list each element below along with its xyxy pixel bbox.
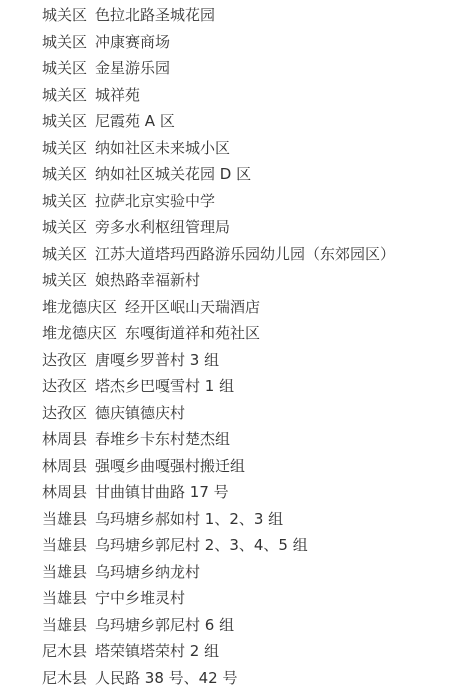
list-item: 城关区冲康赛商场 bbox=[42, 29, 395, 56]
district-name: 当雄县 bbox=[42, 506, 87, 533]
list-item: 林周县春堆乡卡东村楚杰组 bbox=[42, 426, 395, 453]
district-name: 达孜区 bbox=[42, 400, 87, 427]
district-name: 城关区 bbox=[42, 82, 87, 109]
list-item: 当雄县乌玛塘乡郭尼村 6 组 bbox=[42, 612, 395, 639]
location-name: 乌玛塘乡郭尼村 2、3、4、5 组 bbox=[95, 532, 308, 559]
list-item: 城关区色拉北路圣城花园 bbox=[42, 2, 395, 29]
location-list: 城关区色拉北路圣城花园 城关区冲康赛商场 城关区金星游乐园 城关区城祥苑 城关区… bbox=[42, 2, 395, 691]
list-item: 城关区纳如社区未来城小区 bbox=[42, 135, 395, 162]
list-item: 城关区娘热路幸福新村 bbox=[42, 267, 395, 294]
list-item: 当雄县宁中乡堆灵村 bbox=[42, 585, 395, 612]
location-name: 冲康赛商场 bbox=[95, 29, 170, 56]
location-name: 宁中乡堆灵村 bbox=[95, 585, 185, 612]
location-name: 纳如社区未来城小区 bbox=[95, 135, 230, 162]
list-item: 尼木县人民路 38 号、42 号 bbox=[42, 665, 395, 692]
district-name: 城关区 bbox=[42, 161, 87, 188]
district-name: 林周县 bbox=[42, 453, 87, 480]
location-name: 娘热路幸福新村 bbox=[95, 267, 200, 294]
location-name: 春堆乡卡东村楚杰组 bbox=[95, 426, 230, 453]
location-name: 金星游乐园 bbox=[95, 55, 170, 82]
district-name: 堆龙德庆区 bbox=[42, 294, 117, 321]
list-item: 林周县强嘎乡曲嘎强村搬迁组 bbox=[42, 453, 395, 480]
list-item: 尼木县塔荣镇塔荣村 2 组 bbox=[42, 638, 395, 665]
district-name: 达孜区 bbox=[42, 373, 87, 400]
list-item: 林周县甘曲镇甘曲路 17 号 bbox=[42, 479, 395, 506]
district-name: 尼木县 bbox=[42, 665, 87, 692]
district-name: 城关区 bbox=[42, 135, 87, 162]
list-item: 达孜区唐嘎乡罗普村 3 组 bbox=[42, 347, 395, 374]
list-item: 城关区尼霞苑 A 区 bbox=[42, 108, 395, 135]
list-item: 堆龙德庆区东嘎街道祥和苑社区 bbox=[42, 320, 395, 347]
list-item: 城关区纳如社区城关花园 D 区 bbox=[42, 161, 395, 188]
district-name: 尼木县 bbox=[42, 638, 87, 665]
location-name: 乌玛塘乡纳龙村 bbox=[95, 559, 200, 586]
location-name: 强嘎乡曲嘎强村搬迁组 bbox=[95, 453, 245, 480]
district-name: 当雄县 bbox=[42, 612, 87, 639]
list-item: 当雄县乌玛塘乡郭尼村 2、3、4、5 组 bbox=[42, 532, 395, 559]
district-name: 林周县 bbox=[42, 426, 87, 453]
location-name: 德庆镇德庆村 bbox=[95, 400, 185, 427]
location-name: 乌玛塘乡郭尼村 6 组 bbox=[95, 612, 234, 639]
location-name: 城祥苑 bbox=[95, 82, 140, 109]
location-name: 唐嘎乡罗普村 3 组 bbox=[95, 347, 219, 374]
list-item: 当雄县乌玛塘乡郝如村 1、2、3 组 bbox=[42, 506, 395, 533]
district-name: 堆龙德庆区 bbox=[42, 320, 117, 347]
location-name: 旁多水利枢纽管理局 bbox=[95, 214, 230, 241]
location-name: 经开区岷山天瑞酒店 bbox=[125, 294, 260, 321]
list-item: 达孜区德庆镇德庆村 bbox=[42, 400, 395, 427]
location-name: 人民路 38 号、42 号 bbox=[95, 665, 237, 692]
location-name: 东嘎街道祥和苑社区 bbox=[125, 320, 260, 347]
district-name: 达孜区 bbox=[42, 347, 87, 374]
district-name: 当雄县 bbox=[42, 559, 87, 586]
location-name: 拉萨北京实验中学 bbox=[95, 188, 215, 215]
district-name: 城关区 bbox=[42, 241, 87, 268]
district-name: 城关区 bbox=[42, 2, 87, 29]
list-item: 当雄县乌玛塘乡纳龙村 bbox=[42, 559, 395, 586]
location-name: 纳如社区城关花园 D 区 bbox=[95, 161, 251, 188]
district-name: 城关区 bbox=[42, 29, 87, 56]
location-name: 尼霞苑 A 区 bbox=[95, 108, 175, 135]
district-name: 城关区 bbox=[42, 55, 87, 82]
list-item: 城关区江苏大道塔玛西路游乐园幼儿园（东郊园区） bbox=[42, 241, 395, 268]
list-item: 城关区金星游乐园 bbox=[42, 55, 395, 82]
district-name: 当雄县 bbox=[42, 532, 87, 559]
district-name: 当雄县 bbox=[42, 585, 87, 612]
list-item: 城关区旁多水利枢纽管理局 bbox=[42, 214, 395, 241]
district-name: 城关区 bbox=[42, 267, 87, 294]
location-name: 塔荣镇塔荣村 2 组 bbox=[95, 638, 219, 665]
location-name: 甘曲镇甘曲路 17 号 bbox=[95, 479, 229, 506]
district-name: 城关区 bbox=[42, 214, 87, 241]
district-name: 城关区 bbox=[42, 108, 87, 135]
location-name: 江苏大道塔玛西路游乐园幼儿园（东郊园区） bbox=[95, 241, 395, 268]
location-name: 色拉北路圣城花园 bbox=[95, 2, 215, 29]
district-name: 林周县 bbox=[42, 479, 87, 506]
location-name: 塔杰乡巴嘎雪村 1 组 bbox=[95, 373, 234, 400]
district-name: 城关区 bbox=[42, 188, 87, 215]
list-item: 城关区拉萨北京实验中学 bbox=[42, 188, 395, 215]
list-item: 城关区城祥苑 bbox=[42, 82, 395, 109]
list-item: 堆龙德庆区经开区岷山天瑞酒店 bbox=[42, 294, 395, 321]
list-item: 达孜区塔杰乡巴嘎雪村 1 组 bbox=[42, 373, 395, 400]
location-name: 乌玛塘乡郝如村 1、2、3 组 bbox=[95, 506, 283, 533]
